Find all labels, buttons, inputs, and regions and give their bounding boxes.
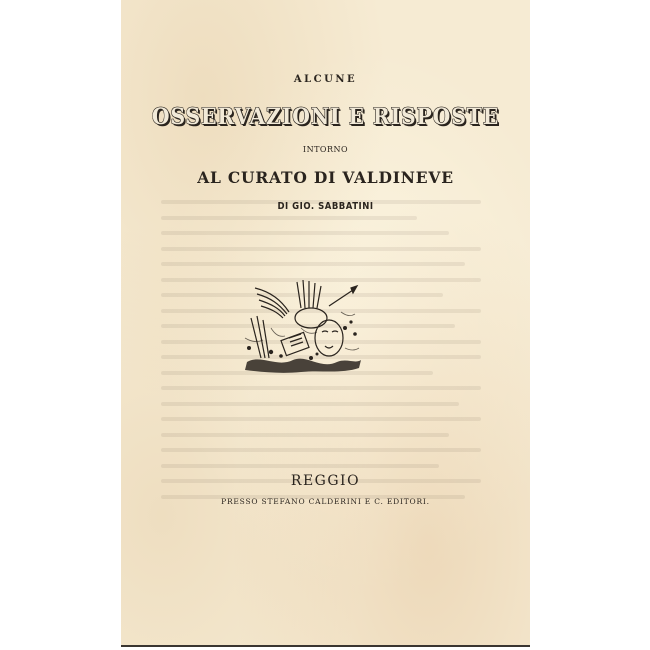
main-title: OSSERVAZIONI E RISPOSTE (137, 104, 513, 130)
ornamental-vignette-icon (241, 278, 365, 378)
imprint-city: REGGIO (121, 473, 530, 489)
title-line-intorno: INTORNO (121, 145, 530, 154)
title-line-alcune: ALCUNE (121, 74, 530, 85)
title-page: ALCUNE OSSERVAZIONI E RISPOSTE INTORNO A… (121, 0, 530, 647)
subtitle: AL CURATO DI VALDINEVE (121, 168, 530, 187)
imprint-printer: PRESSO STEFANO CALDERINI E C. EDITORI. (121, 497, 530, 506)
author-line: DI GIO. SABBATINI (152, 201, 500, 212)
